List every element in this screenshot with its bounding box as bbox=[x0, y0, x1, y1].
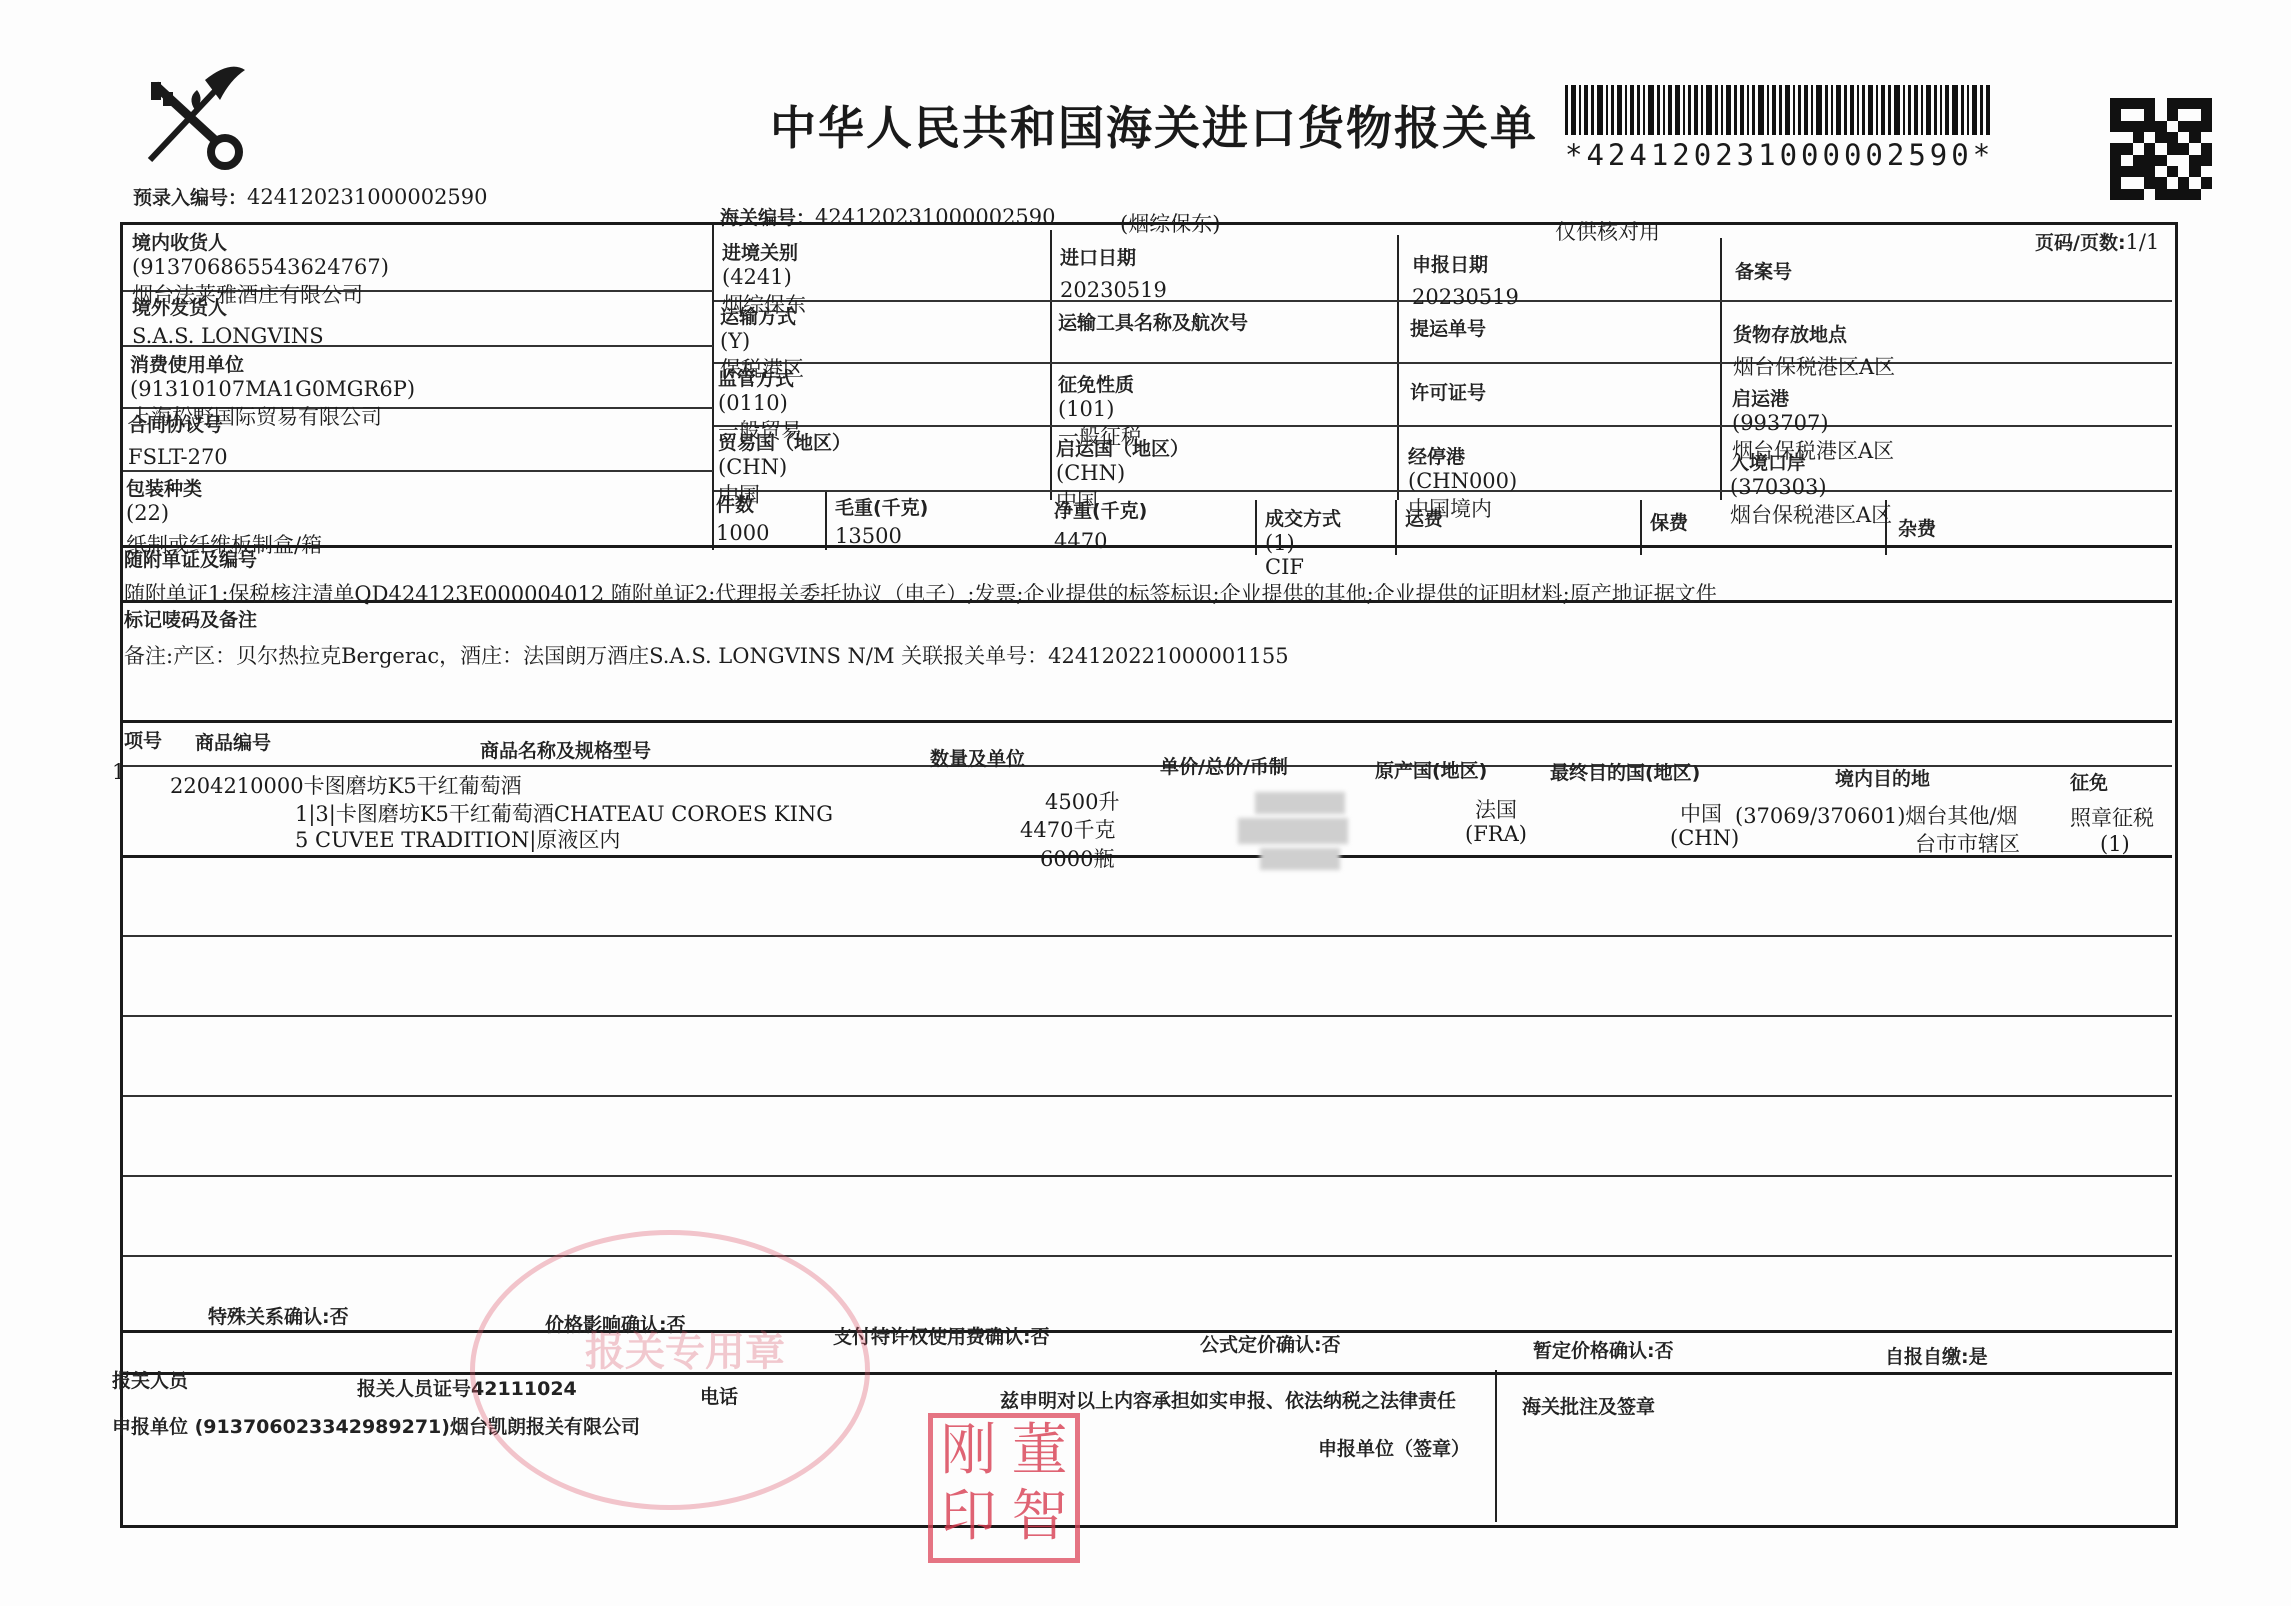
self-report-confirm: 自报自缴:是 bbox=[1885, 1342, 1988, 1369]
license-no-field: 许可证号 bbox=[1410, 378, 1486, 405]
record-no-field: 备案号 bbox=[1735, 257, 1792, 284]
declare-date-field: 申报日期 20230519 bbox=[1412, 250, 1519, 309]
special-relation-confirm: 特殊关系确认:否 bbox=[208, 1302, 349, 1329]
storage-place-field: 货物存放地点 烟台保税港区A区 bbox=[1733, 320, 1895, 381]
round-stamp-text: 报关专用章 bbox=[585, 1320, 785, 1377]
pieces-field: 件数 1000 bbox=[716, 490, 769, 545]
customs-approval: 海关批注及签章 bbox=[1522, 1392, 1655, 1419]
freight-field: 运费 bbox=[1405, 504, 1443, 531]
pre-entry-number: 预录入编号：424120231000002590 bbox=[133, 183, 488, 210]
col-header-levy: 征免 bbox=[2070, 768, 2108, 795]
col-header-item-no: 项号 bbox=[124, 726, 162, 753]
col-header-price: 单价/总价/币制 bbox=[1160, 752, 1288, 779]
declaration-statement: 兹申明对以上内容承担如实申报、依法纳税之法律责任 bbox=[1000, 1386, 1456, 1413]
shipper-field: 境外发货人 S.A.S. LONGVINS bbox=[132, 293, 324, 348]
import-date-field: 进口日期 20230519 bbox=[1060, 243, 1167, 302]
col-header-name-spec: 商品名称及规格型号 bbox=[480, 736, 651, 763]
insurance-field: 保费 bbox=[1650, 508, 1688, 535]
attached-docs-field: 随附单证及编号 随附单证1:保税核注清单QD424123E000004012 随… bbox=[124, 545, 1717, 608]
formula-price-confirm: 公式定价确认:否 bbox=[1200, 1330, 1341, 1357]
entry-port-field: 入境口岸 (370303) 烟台保税港区A区 bbox=[1730, 448, 1892, 529]
declare-unit-sign: 申报单位（签章） bbox=[1318, 1434, 1470, 1461]
misc-fee-field: 杂费 bbox=[1898, 514, 1936, 541]
col-header-domestic-dest: 境内目的地 bbox=[1835, 764, 1930, 791]
declarant-label: 报关人员 bbox=[112, 1366, 188, 1393]
provisional-price-confirm: 暂定价格确认:否 bbox=[1533, 1336, 1674, 1363]
qr-code bbox=[2110, 98, 2212, 200]
col-header-quantity: 数量及单位 bbox=[930, 744, 1025, 771]
col-header-dest-country: 最终目的国(地区) bbox=[1550, 758, 1700, 785]
col-header-origin: 原产国(地区) bbox=[1375, 756, 1487, 783]
document-title: 中华人民共和国海关进口货物报关单 bbox=[770, 92, 1538, 158]
customs-emblem-icon bbox=[135, 60, 255, 170]
bill-no-field: 提运单号 bbox=[1410, 314, 1486, 341]
barcode-text: *424120231000002590* bbox=[1565, 138, 1994, 172]
transport-tool-field: 运输工具名称及航次号 bbox=[1058, 308, 1248, 335]
gross-weight-field: 毛重(千克) 13500 bbox=[835, 493, 928, 548]
marks-remarks-field: 标记唛码及备注 备注:产区：贝尔热拉克Bergerac，酒庄：法国朗万酒庄S.A… bbox=[124, 605, 1289, 670]
col-header-hs-code: 商品编号 bbox=[195, 728, 271, 755]
personal-seal: 刚 董 印 智 bbox=[928, 1413, 1080, 1563]
contract-field: 合同协议号 FSLT-270 bbox=[128, 410, 228, 469]
barcode bbox=[1565, 85, 2075, 135]
